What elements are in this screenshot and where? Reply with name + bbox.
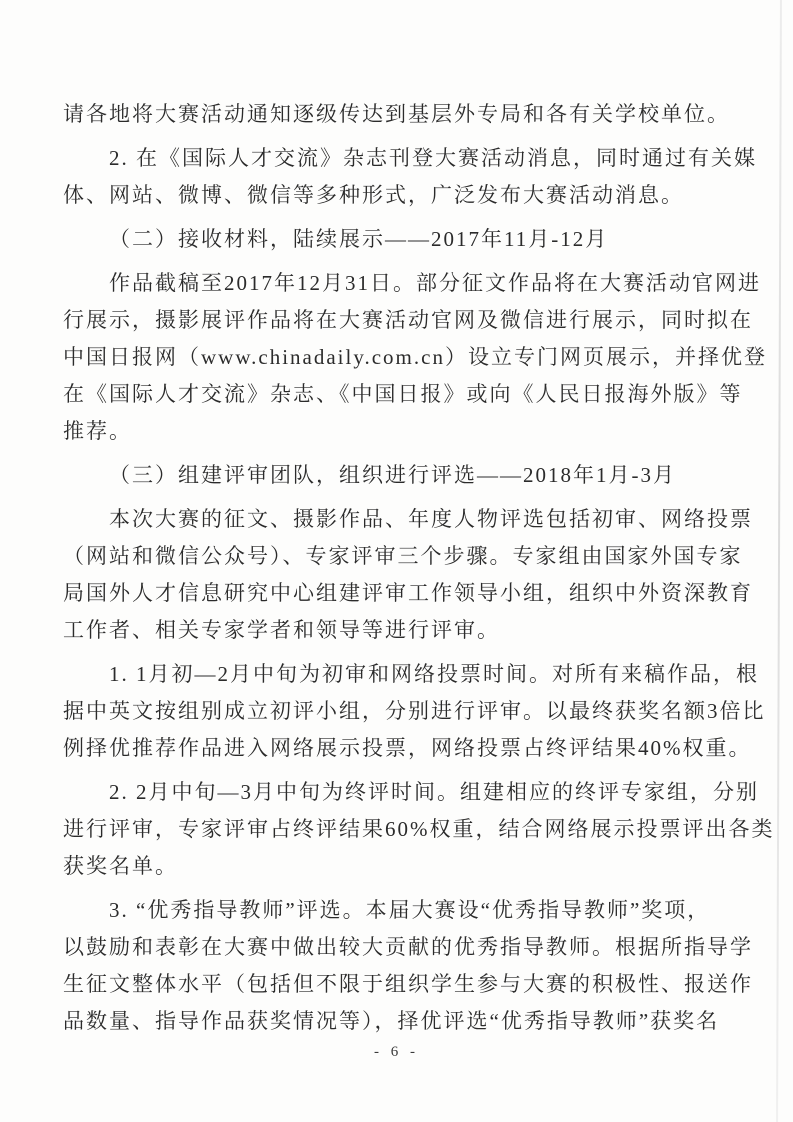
- document-body: 请各地将大赛活动通知逐级传达到基层外专局和各有关学校单位。 2. 在《国际人才交…: [63, 96, 739, 1040]
- text-line: 生征文整体水平（包括但不限于组织学生参与大赛的积极性、报送作: [63, 966, 739, 1003]
- section-heading: （三）组建评审团队，组织进行评选——2018年1月-3月: [63, 457, 739, 494]
- text-line: 品数量、指导作品获奖情况等），择优评选“优秀指导教师”获奖名: [63, 1003, 739, 1040]
- text-line: 2. 在《国际人才交流》杂志刊登大赛活动消息，同时通过有关媒: [63, 140, 739, 177]
- numbered-item-line: 3. “优秀指导教师”评选。本届大赛设“优秀指导教师”奖项，: [63, 892, 739, 929]
- text-line: 请各地将大赛活动通知逐级传达到基层外专局和各有关学校单位。: [63, 96, 739, 133]
- text-line: 例择优推荐作品进入网络展示投票，网络投票占终评结果40%权重。: [63, 730, 739, 767]
- text-line: 进行评审，专家评审占终评结果60%权重，结合网络展示投票评出各类: [63, 811, 739, 848]
- text-line: 体、网站、微博、微信等多种形式，广泛发布大赛活动消息。: [63, 177, 739, 214]
- text-line: （网站和微信公众号）、专家评审三个步骤。专家组由国家外国专家: [63, 538, 739, 575]
- scanned-document-page: 请各地将大赛活动通知逐级传达到基层外专局和各有关学校单位。 2. 在《国际人才交…: [0, 0, 793, 1122]
- text-line: 据中英文按组别成立初评小组，分别进行评审。以最终获奖名额3倍比: [63, 693, 739, 730]
- text-line: 获奖名单。: [63, 848, 739, 885]
- numbered-item-line: 1. 1月初—2月中旬为初审和网络投票时间。对所有来稿作品，根: [63, 656, 739, 693]
- text-line: 本次大赛的征文、摄影作品、年度人物评选包括初审、网络投票: [63, 501, 739, 538]
- text-line: 工作者、相关专家学者和领导等进行评审。: [63, 612, 739, 649]
- text-line: 以鼓励和表彰在大赛中做出较大贡献的优秀指导教师。根据所指导学: [63, 929, 739, 966]
- text-line: 中国日报网（www.chinadaily.com.cn）设立专门网页展示，并择优…: [63, 339, 739, 376]
- scan-edge-artifact: [776, 0, 782, 1122]
- text-line: 推荐。: [63, 413, 739, 450]
- text-line: 作品截稿至2017年12月31日。部分征文作品将在大赛活动官网进: [63, 265, 739, 302]
- text-line: 局国外人才信息研究中心组建评审工作领导小组，组织中外资深教育: [63, 575, 739, 612]
- numbered-item-line: 2. 2月中旬—3月中旬为终评时间。组建相应的终评专家组，分别: [63, 774, 739, 811]
- page-number: - 6 -: [0, 1044, 793, 1061]
- text-line: 行展示，摄影展评作品将在大赛活动官网及微信进行展示，同时拟在: [63, 302, 739, 339]
- text-line: 在《国际人才交流》杂志、《中国日报》或向《人民日报海外版》等: [63, 376, 739, 413]
- section-heading: （二）接收材料，陆续展示——2017年11月-12月: [63, 221, 739, 258]
